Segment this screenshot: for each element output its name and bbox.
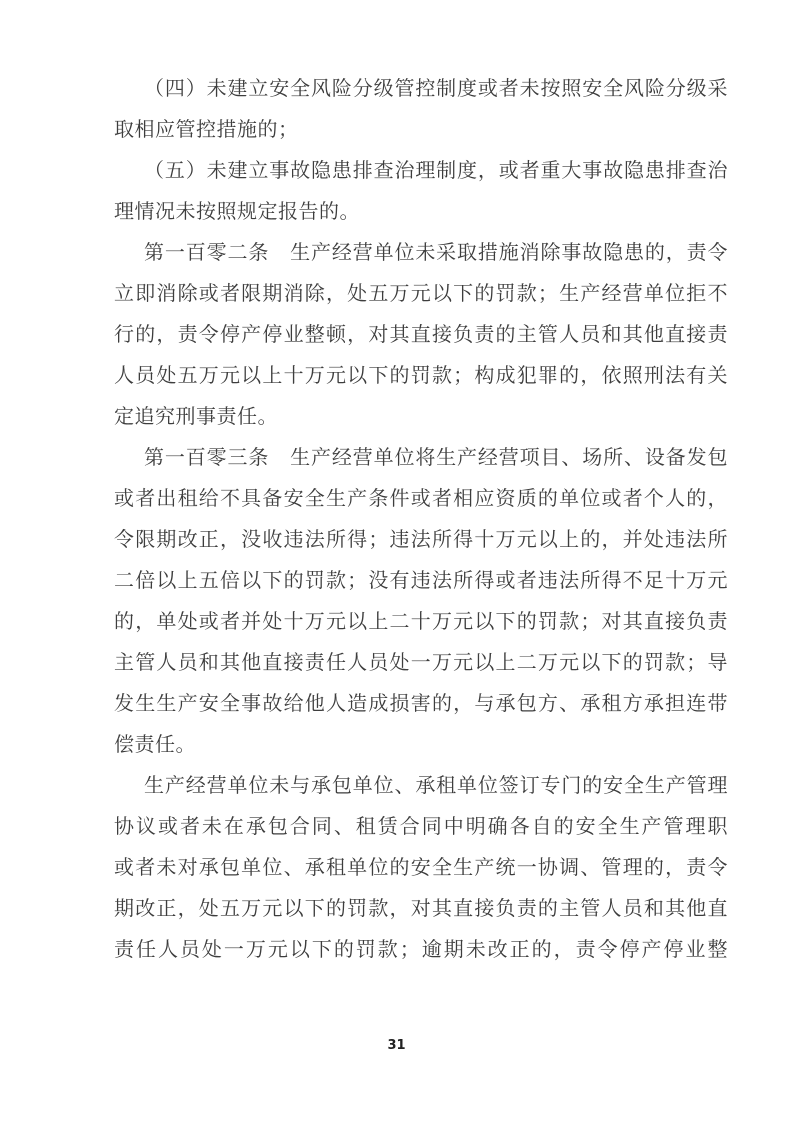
text-line: 二倍以上五倍以下的罚款；没有违法所得或者违法所得不足十万元 <box>114 561 728 602</box>
text-line: 定追究刑事责任。 <box>114 397 728 438</box>
text-line: 的，单处或者并处十万元以上二十万元以下的罚款；对其直接负责的 <box>114 602 728 643</box>
paragraph: （四）未建立安全风险分级管控制度或者未按照安全风险分级采 取相应管控措施的； <box>114 69 728 151</box>
text-line: 协议或者未在承包合同、租赁合同中明确各自的安全生产管理职责， <box>114 807 728 848</box>
text-line: 生产经营单位未与承包单位、承租单位签订专门的安全生产管理 <box>114 766 728 807</box>
text-line: 行的，责令停产停业整顿，对其直接负责的主管人员和其他直接责任 <box>114 315 728 356</box>
text-line: 责任人员处一万元以下的罚款；逾期未改正的，责令停产停业整顿。 <box>114 930 728 971</box>
text-line: （四）未建立安全风险分级管控制度或者未按照安全风险分级采 <box>114 69 728 110</box>
paragraph: 第一百零二条 生产经营单位未采取措施消除事故隐患的，责令 立即消除或者限期消除，… <box>114 233 728 438</box>
page-number: 31 <box>0 1038 793 1053</box>
text-line: 理情况未按照规定报告的。 <box>114 192 728 233</box>
text-line: （五）未建立事故隐患排查治理制度，或者重大事故隐患排查治 <box>114 151 728 192</box>
text-line: 令限期改正，没收违法所得；违法所得十万元以上的，并处违法所得 <box>114 520 728 561</box>
paragraph: 生产经营单位未与承包单位、承租单位签订专门的安全生产管理 协议或者未在承包合同、… <box>114 766 728 971</box>
text-line: 偿责任。 <box>114 725 728 766</box>
document-page: （四）未建立安全风险分级管控制度或者未按照安全风险分级采 取相应管控措施的； （… <box>0 0 793 1122</box>
paragraph: （五）未建立事故隐患排查治理制度，或者重大事故隐患排查治 理情况未按照规定报告的… <box>114 151 728 233</box>
text-block: （四）未建立安全风险分级管控制度或者未按照安全风险分级采 取相应管控措施的； （… <box>114 69 728 971</box>
text-line: 第一百零三条 生产经营单位将生产经营项目、场所、设备发包 <box>114 438 728 479</box>
text-line: 人员处五万元以上十万元以下的罚款；构成犯罪的，依照刑法有关规 <box>114 356 728 397</box>
paragraph: 第一百零三条 生产经营单位将生产经营项目、场所、设备发包 或者出租给不具备安全生… <box>114 438 728 766</box>
text-line: 发生生产安全事故给他人造成损害的，与承包方、承租方承担连带赔 <box>114 684 728 725</box>
text-line: 或者出租给不具备安全生产条件或者相应资质的单位或者个人的，责 <box>114 479 728 520</box>
text-line: 取相应管控措施的； <box>114 110 728 151</box>
text-line: 或者未对承包单位、承租单位的安全生产统一协调、管理的，责令限 <box>114 848 728 889</box>
text-line: 第一百零二条 生产经营单位未采取措施消除事故隐患的，责令 <box>114 233 728 274</box>
text-line: 主管人员和其他直接责任人员处一万元以上二万元以下的罚款；导致 <box>114 643 728 684</box>
text-line: 期改正，处五万元以下的罚款，对其直接负责的主管人员和其他直接 <box>114 889 728 930</box>
text-line: 立即消除或者限期消除，处五万元以下的罚款；生产经营单位拒不执 <box>114 274 728 315</box>
